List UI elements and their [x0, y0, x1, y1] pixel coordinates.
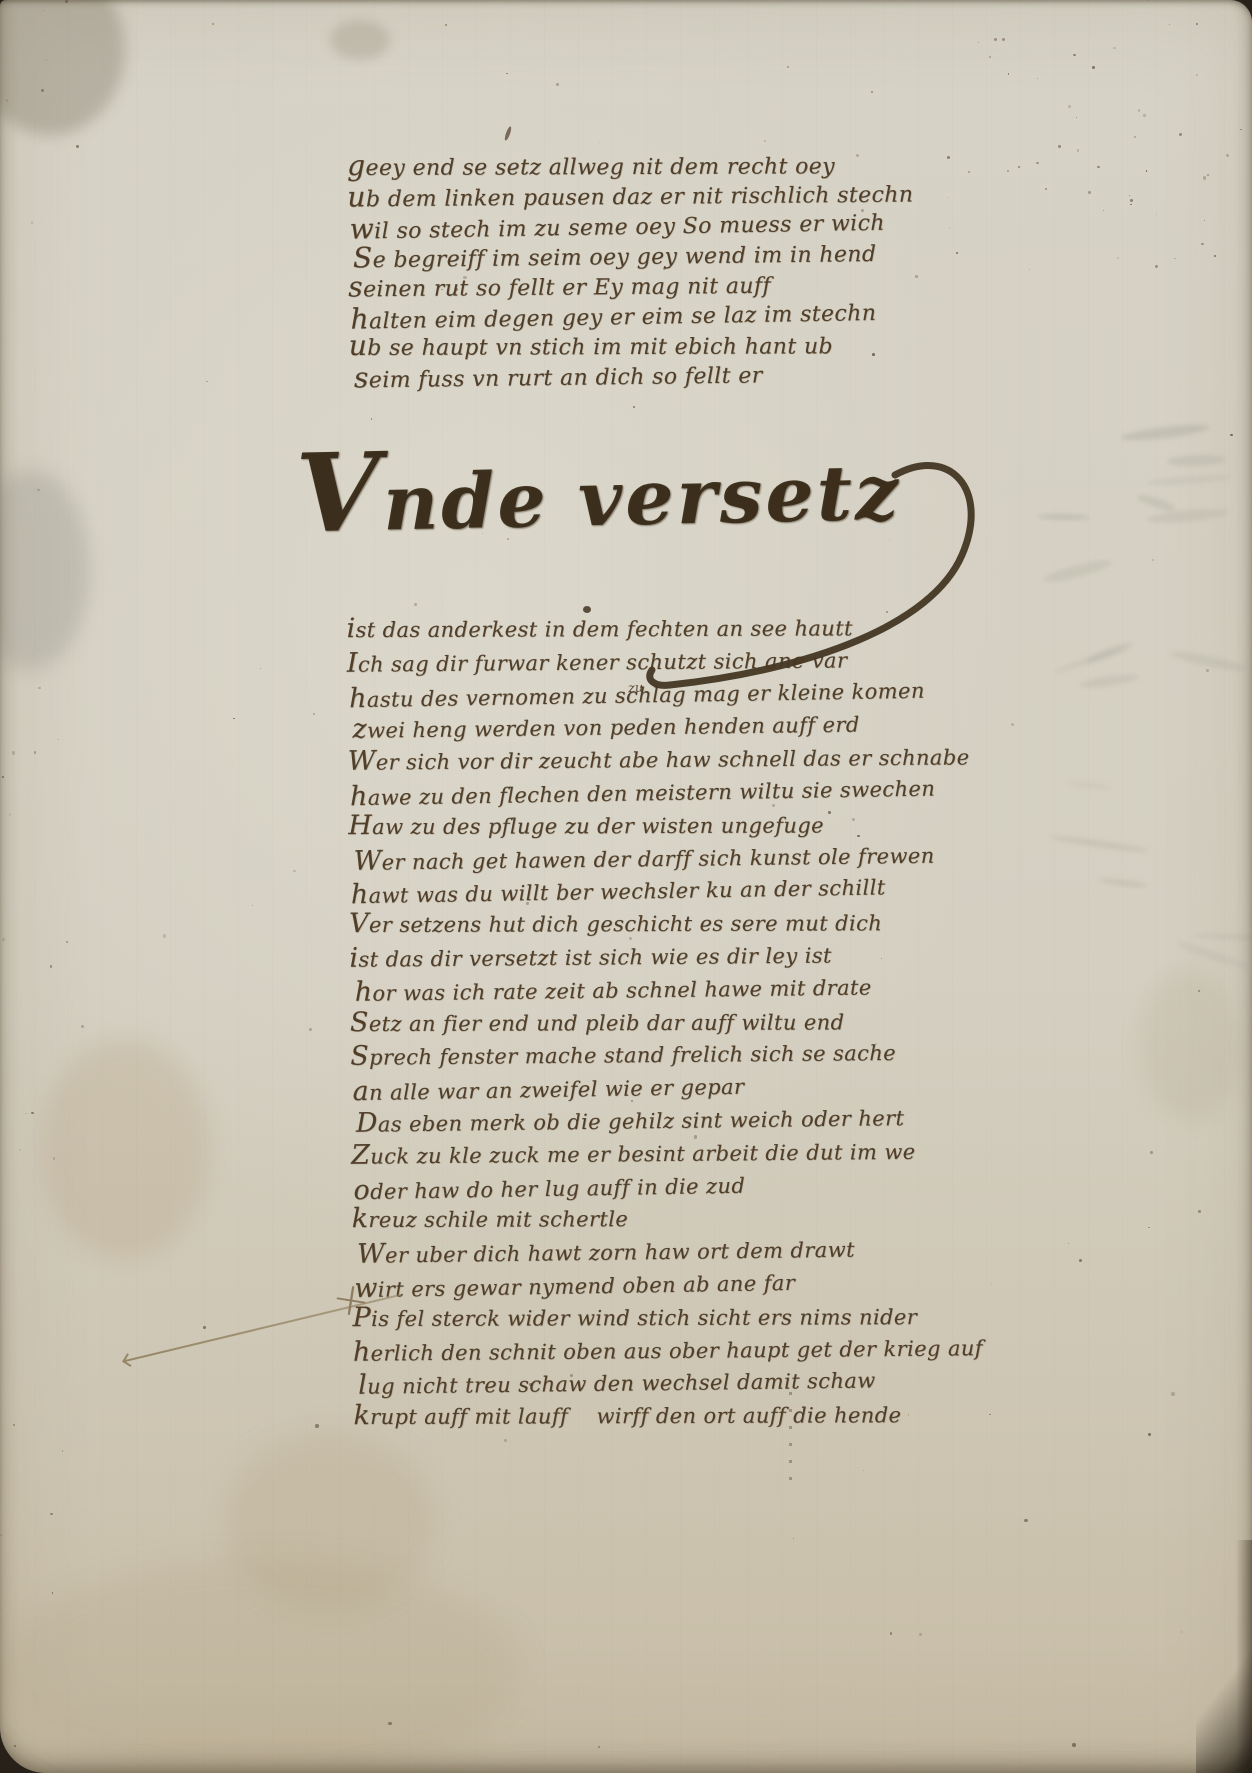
manuscript-line: Ver setzens hut dich geschicht es sere m…: [349, 906, 979, 941]
manuscript-line: geey end se setz allweg nit dem recht oe…: [347, 149, 913, 181]
manuscript-page: geey end se setz allweg nit dem recht oe…: [0, 0, 1252, 1773]
dotted-crease: [789, 1392, 792, 1488]
manuscript-line: krupt auff mit lauff wirff den ort auff …: [353, 1398, 983, 1433]
section-heading: Vnde versetz: [295, 432, 902, 556]
manuscript-line: Haw zu des pfluge zu der wisten ungefuge: [348, 808, 978, 843]
manuscript-line: ub se haupt vn stich im mit ebich hant u…: [349, 329, 915, 361]
page-edge-shadow: [1196, 1643, 1252, 1773]
manuscript-line: hor was ich rate zeit ab schnel hawe mit…: [355, 969, 985, 1009]
manuscript-line: seim fuss vn rurt an dich so fellt er: [354, 356, 920, 393]
top-paragraph: geey end se setz allweg nit dem recht oe…: [347, 148, 915, 393]
manuscript-line: ist das anderkest in dem fechten an see …: [347, 611, 977, 646]
manuscript-line: Setz an fier end und pleib dar auff wilt…: [350, 1004, 980, 1039]
manuscript-line: kreuz schile mit schertle: [352, 1201, 982, 1236]
manuscript-line: Pis fel sterck wider wind stich sicht er…: [353, 1300, 983, 1335]
manuscript-line: lug nicht treu schaw den wechsel damit s…: [358, 1362, 988, 1402]
verse-paragraph: ist das anderkest in dem fechten an see …: [346, 609, 983, 1434]
